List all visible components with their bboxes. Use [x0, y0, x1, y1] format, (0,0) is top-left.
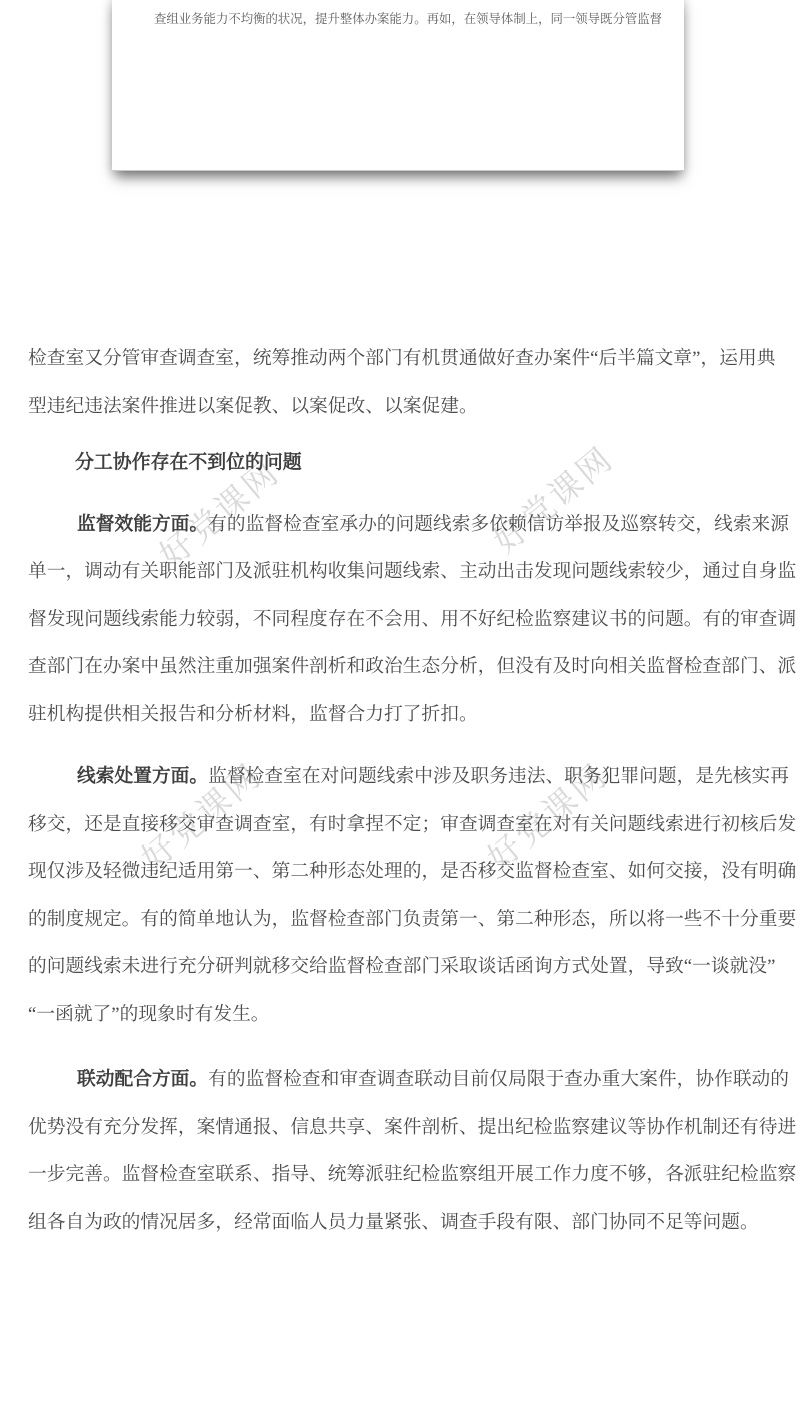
text-line: 型违纪违法案件推进以案促教、以案促改、以案促建。 — [28, 383, 788, 431]
paragraph-lead: 监督效能方面。 — [77, 514, 208, 535]
text-line: 优势没有充分发挥，案情通报、信息共享、案件剖析、提出纪检监察建议等协作机制还有待… — [28, 1104, 788, 1152]
document-body: 检查室又分管审查调查室，统筹推动两个部门有机贯通做好查办案件“后半篇文章”，运用… — [28, 335, 788, 1246]
text-line: 的制度规定。有的简单地认为，监督检查部门负责第一、第二种形态，所以将一些不十分重… — [28, 896, 788, 944]
text-line: 现仅涉及轻微违纪适用第一、第二种形态处理的，是否移交监督检查室、如何交接，没有明… — [28, 848, 788, 896]
text-line: 驻机构提供相关报告和分析材料，监督合力打了折扣。 — [28, 691, 788, 739]
paragraph: 线索处置方面。监督检查室在对问题线索中涉及职务违法、职务犯罪问题，是先核实再移交… — [28, 753, 788, 1038]
paragraph-text: 监督检查室在对问题线索中涉及职务违法、职务犯罪问题，是先核实再 — [208, 766, 789, 787]
previous-page-text: 查组业务能力不均衡的状况，提升整体办案能力。再如，在领导体制上，同一领导既分管监… — [112, 0, 684, 28]
section-heading: 分工协作存在不到位的问题 — [28, 439, 788, 487]
paragraph-text: 有的监督检查室承办的问题线索多依赖信访举报及巡察转交，线索来源 — [208, 514, 789, 535]
paragraph-list: 监督效能方面。有的监督检查室承办的问题线索多依赖信访举报及巡察转交，线索来源单一… — [28, 501, 788, 1247]
text-line: 单一，调动有关职能部门及派驻机构收集问题线索、主动出击发现问题线索较少，通过自身… — [28, 548, 788, 596]
text-line: 监督效能方面。有的监督检查室承办的问题线索多依赖信访举报及巡察转交，线索来源 — [28, 501, 788, 549]
text-line: 检查室又分管审查调查室，统筹推动两个部门有机贯通做好查办案件“后半篇文章”，运用… — [28, 335, 788, 383]
text-line: 的问题线索未进行充分研判就移交给监督检查部门采取谈话函询方式处置，导致“一谈就没… — [28, 943, 788, 991]
text-line: 组各自为政的情况居多，经常面临人员力量紧张、调查手段有限、部门协同不足等问题。 — [28, 1199, 788, 1247]
text-line: 一步完善。监督检查室联系、指导、统筹派驻纪检监察组开展工作力度不够，各派驻纪检监… — [28, 1151, 788, 1199]
text-line: 线索处置方面。监督检查室在对问题线索中涉及职务违法、职务犯罪问题，是先核实再 — [28, 753, 788, 801]
paragraph: 联动配合方面。有的监督检查和审查调查联动目前仅局限于查办重大案件，协作联动的优势… — [28, 1056, 788, 1246]
text-line: 移交，还是直接移交审查调查室，有时拿捏不定；审查调查室在对有关问题线索进行初核后… — [28, 801, 788, 849]
text-line: 督发现问题线索能力较弱，不同程度存在不会用、用不好纪检监察建议书的问题。有的审查… — [28, 596, 788, 644]
paragraph-lead: 线索处置方面。 — [77, 766, 208, 787]
text-line: 查部门在办案中虽然注重加强案件剖析和政治生态分析，但没有及时向相关监督检查部门、… — [28, 643, 788, 691]
previous-page-preview: 查组业务能力不均衡的状况，提升整体办案能力。再如，在领导体制上，同一领导既分管监… — [112, 0, 684, 171]
paragraph-text: 有的监督检查和审查调查联动目前仅局限于查办重大案件，协作联动的 — [208, 1069, 789, 1090]
text-line: 联动配合方面。有的监督检查和审查调查联动目前仅局限于查办重大案件，协作联动的 — [28, 1056, 788, 1104]
paragraph-continuation: 检查室又分管审查调查室，统筹推动两个部门有机贯通做好查办案件“后半篇文章”，运用… — [28, 335, 788, 430]
paragraph-lead: 联动配合方面。 — [77, 1069, 208, 1090]
text-line: “一函就了”的现象时有发生。 — [28, 991, 788, 1039]
paragraph: 监督效能方面。有的监督检查室承办的问题线索多依赖信访举报及巡察转交，线索来源单一… — [28, 501, 788, 739]
